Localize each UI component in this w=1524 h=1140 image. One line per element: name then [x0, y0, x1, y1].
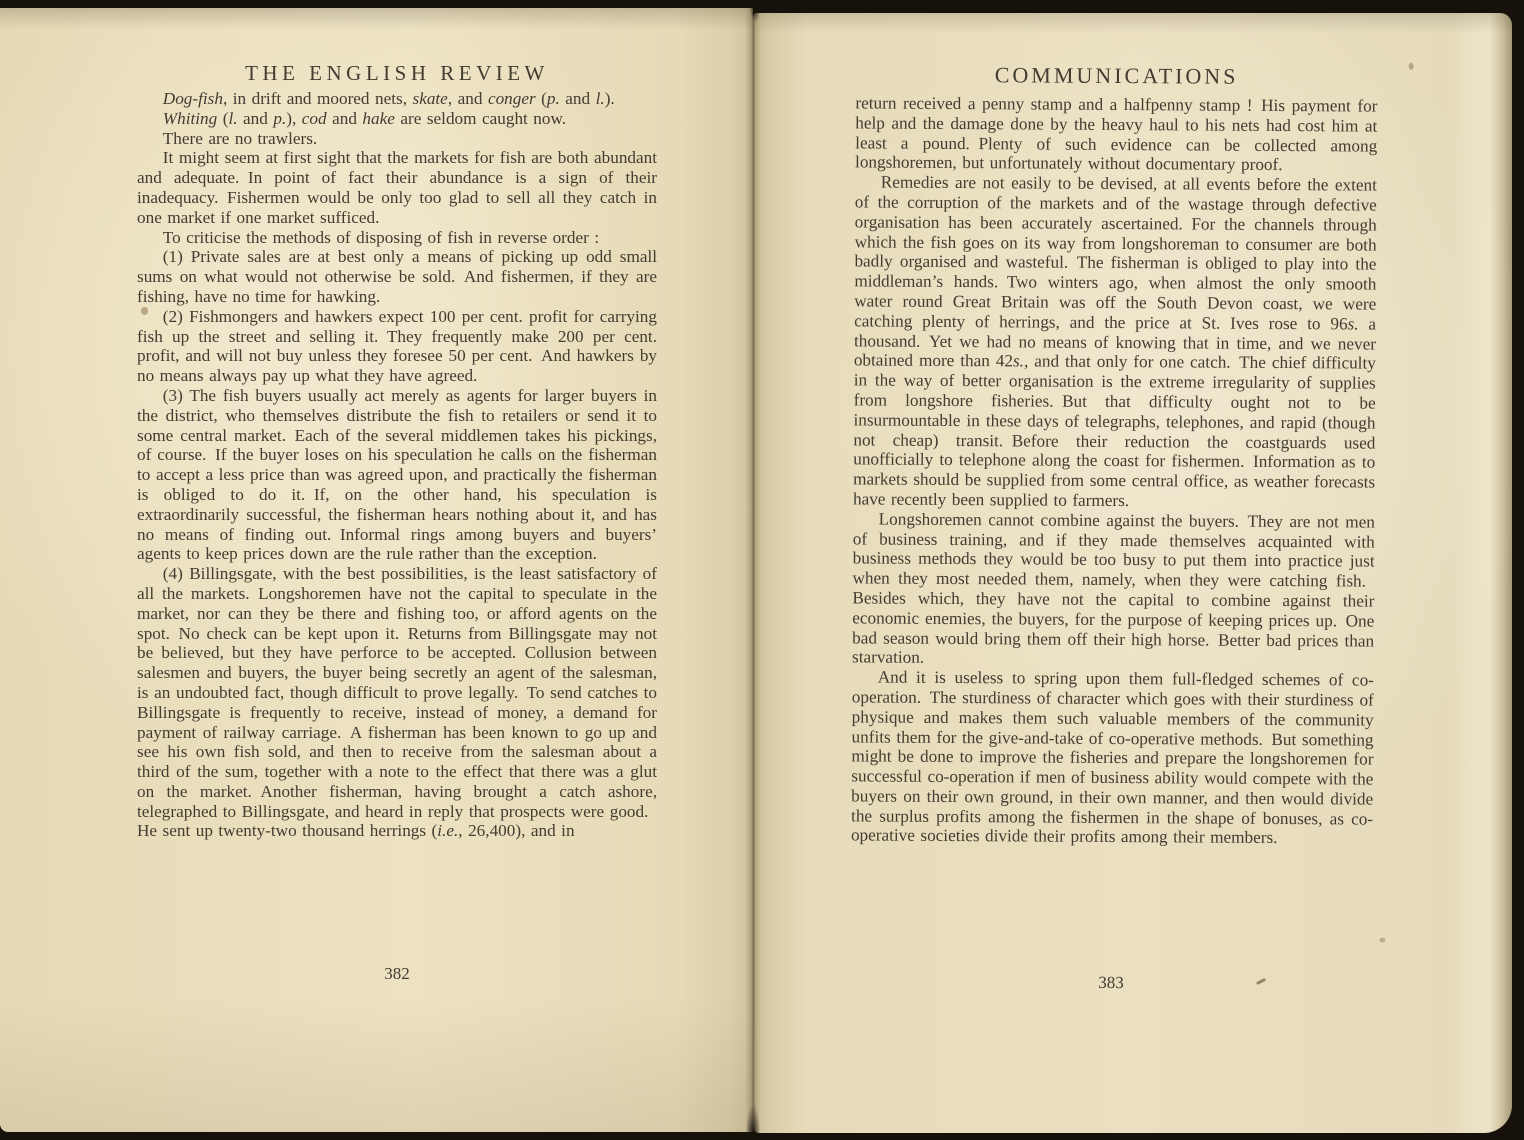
body-text: and: [560, 89, 596, 108]
body-text: ).: [605, 89, 615, 108]
paragraph: (3) The fish buyers usually act merely a…: [137, 386, 657, 564]
body-text: There are no trawlers.: [163, 129, 317, 148]
italic-text: cod: [302, 109, 327, 128]
italic-text: s.: [1348, 314, 1359, 333]
body-text: and: [327, 109, 363, 128]
body-text: (1) Private sales are at best only a mea…: [137, 247, 657, 306]
paragraph: (4) Billingsgate, with the best possibil…: [137, 564, 657, 841]
italic-text: p.: [273, 109, 286, 128]
body-text: (3) The fish buyers usually act merely a…: [137, 386, 657, 563]
italic-text: Whiting: [163, 109, 217, 128]
paragraph: (2) Fishmongers and hawkers expect 100 p…: [137, 307, 657, 386]
stain-speck: [1379, 938, 1385, 943]
gutter-shadow-top: [750, 6, 760, 22]
body-text: (: [217, 109, 228, 128]
book-scan: THE ENGLISH REVIEW Dog-fish, in drift an…: [0, 0, 1524, 1140]
stain-speck: [141, 307, 148, 315]
paragraph: Longshoremen cannot combine against the …: [852, 509, 1375, 671]
text-block-right: return received a penny stamp and a half…: [851, 93, 1378, 848]
paragraph: Remedies are not easily to be devised, a…: [853, 173, 1377, 513]
paragraph: And it is useless to spring upon them fu…: [851, 668, 1374, 849]
text-block-left: Dog-fish, in drift and moored nets, skat…: [137, 89, 657, 841]
body-text: are seldom caught now.: [395, 109, 566, 128]
gutter-shadow-bottom: [746, 1106, 760, 1136]
body-text: , in drift and moored nets,: [223, 89, 413, 108]
paragraph: return received a penny stamp and a half…: [855, 93, 1377, 175]
body-text: Longshoremen cannot combine against the …: [852, 509, 1375, 667]
paragraph: There are no trawlers.: [137, 129, 657, 149]
paragraph: It might seem at first sight that the ma…: [137, 148, 657, 227]
book-gutter: [745, 8, 761, 1133]
italic-text: conger: [488, 89, 536, 108]
body-text: , and: [448, 89, 488, 108]
body-text: And it is useless to spring upon them fu…: [851, 668, 1374, 848]
page-number-left: 382: [137, 964, 657, 984]
italic-text: Dog-fish: [163, 89, 223, 108]
italic-text: l.: [596, 89, 605, 108]
page-left: THE ENGLISH REVIEW Dog-fish, in drift an…: [0, 8, 753, 1132]
running-head-right: COMMUNICATIONS: [856, 61, 1378, 90]
body-text: (4) Billingsgate, with the best possibil…: [137, 564, 657, 840]
page-right: COMMUNICATIONS return received a penny s…: [753, 13, 1512, 1133]
body-text: and: [238, 109, 274, 128]
page-right-content: COMMUNICATIONS return received a penny s…: [849, 11, 1378, 1134]
body-text: , 26,400), and in: [458, 821, 574, 840]
italic-text: i.e.: [437, 821, 458, 840]
italic-text: skate: [413, 89, 448, 108]
body-text: Remedies are not easily to be devised, a…: [854, 173, 1377, 333]
stain-speck: [1409, 63, 1414, 70]
body-text: (2) Fishmongers and hawkers expect 100 p…: [137, 307, 657, 385]
body-text: ),: [286, 109, 302, 128]
paragraph: Whiting (l. and p.), cod and hake are se…: [137, 109, 657, 129]
body-text: (: [536, 89, 547, 108]
body-text: return received a penny stamp and a half…: [855, 93, 1377, 174]
paragraph: To criticise the methods of disposing of…: [137, 228, 657, 248]
italic-text: s.: [1013, 352, 1024, 371]
paragraph: (1) Private sales are at best only a mea…: [137, 247, 657, 306]
running-head-left: THE ENGLISH REVIEW: [137, 61, 657, 86]
body-text: It might seem at first sight that the ma…: [137, 148, 657, 226]
italic-text: p.: [547, 89, 560, 108]
body-text: To criticise the methods of disposing of…: [163, 228, 599, 247]
body-text: , and that only for one catch. The chief…: [853, 352, 1376, 510]
page-number-right: 383: [850, 971, 1372, 994]
paragraph: Dog-fish, in drift and moored nets, skat…: [137, 89, 657, 109]
italic-text: hake: [362, 109, 394, 128]
italic-text: l.: [228, 109, 237, 128]
